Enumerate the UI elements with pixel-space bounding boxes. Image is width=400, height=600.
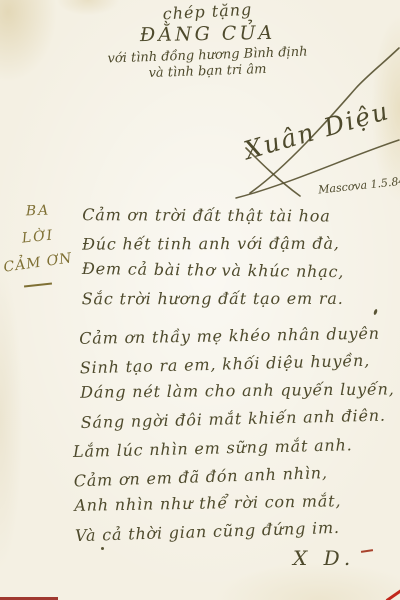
poem-stanza-1: Cảm ơn trời đất thật tài hoa Đúc hết tin… — [82, 201, 400, 313]
poem-line: Cảm ơn trời đất thật tài hoa — [82, 201, 400, 230]
ink-speck — [101, 547, 104, 550]
manuscript-page: chép tặng ĐẰNG CỦA với tình đồng hương B… — [0, 0, 400, 600]
margin-note: BA LỜI CẢM ƠN — [0, 198, 76, 286]
margin-note-underline — [24, 283, 52, 288]
red-edge-mark-bottom-right — [386, 589, 400, 600]
red-pen-dash — [361, 549, 373, 553]
poem-line: Đúc hết tinh anh với đậm đà, — [82, 229, 400, 258]
poem-line: Đem cả bài thơ và khúc nhạc, — [82, 255, 400, 287]
poem-stanza-3: Lắm lúc nhìn em sững mắt anh. Cảm ơn em … — [73, 430, 400, 548]
poem-line: Sắc trời hương đất tạo em ra. — [82, 284, 400, 312]
signature-initials: X D. — [293, 546, 355, 570]
poem-stanza-2: Cảm ơn thầy mẹ khéo nhân duyên Sinh tạo … — [79, 319, 400, 435]
